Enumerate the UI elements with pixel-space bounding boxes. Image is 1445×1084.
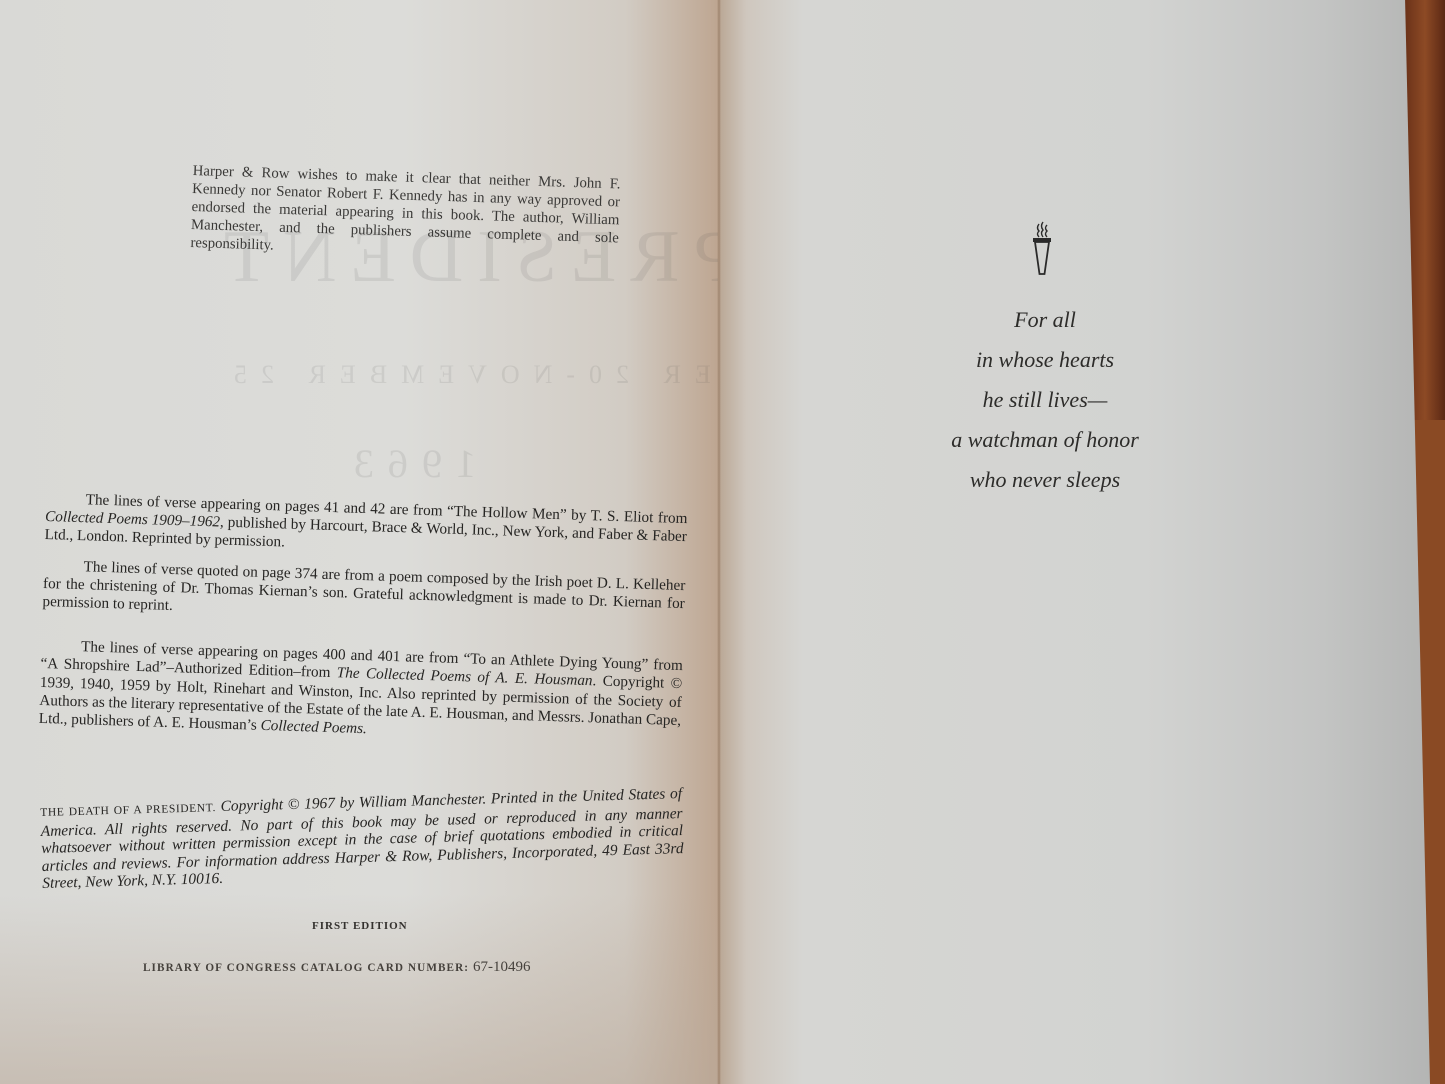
verse-permissions: The lines of verse appearing on pages 41… xyxy=(38,490,688,760)
permission-kelleher: The lines of verse quoted on page 374 ar… xyxy=(42,557,685,632)
dedication-line: in whose hearts xyxy=(900,340,1190,380)
lccn-number: 67-10496 xyxy=(473,959,531,975)
permission-housman: The lines of verse appearing on pages 40… xyxy=(39,637,684,748)
dedication: For all in whose hearts he still lives— … xyxy=(900,300,1190,500)
dedication-line: who never sleeps xyxy=(900,460,1190,500)
dedication-line: he still lives— xyxy=(900,380,1190,420)
lccn-label: LIBRARY OF CONGRESS CATALOG CARD NUMBER: xyxy=(143,962,469,974)
publisher-disclaimer: Harper & Row wishes to make it clear tha… xyxy=(190,162,621,265)
right-page-dedication xyxy=(718,0,1430,1084)
dedication-line: For all xyxy=(900,300,1190,340)
book-gutter xyxy=(717,0,721,1084)
torch-icon xyxy=(1029,220,1055,276)
lccn-line: LIBRARY OF CONGRESS CATALOG CARD NUMBER:… xyxy=(143,959,531,976)
copyright-text: Copyright © 1967 by William Manchester. … xyxy=(41,785,684,892)
edition-label: FIRST EDITION xyxy=(312,920,408,932)
dedication-line: a watchman of honor xyxy=(900,420,1190,460)
copyright-notice: THE DEATH OF A PRESIDENT. Copyright © 19… xyxy=(40,785,684,893)
left-page-copyright: A PRESIDENT NOVEMBER 20-NOVEMBER 25 1963… xyxy=(0,0,735,1084)
book-title: THE DEATH OF A PRESIDENT. xyxy=(40,802,216,819)
bleed-through-year: 1963 xyxy=(340,440,476,487)
permission-eliot: The lines of verse appearing on pages 41… xyxy=(44,490,687,565)
